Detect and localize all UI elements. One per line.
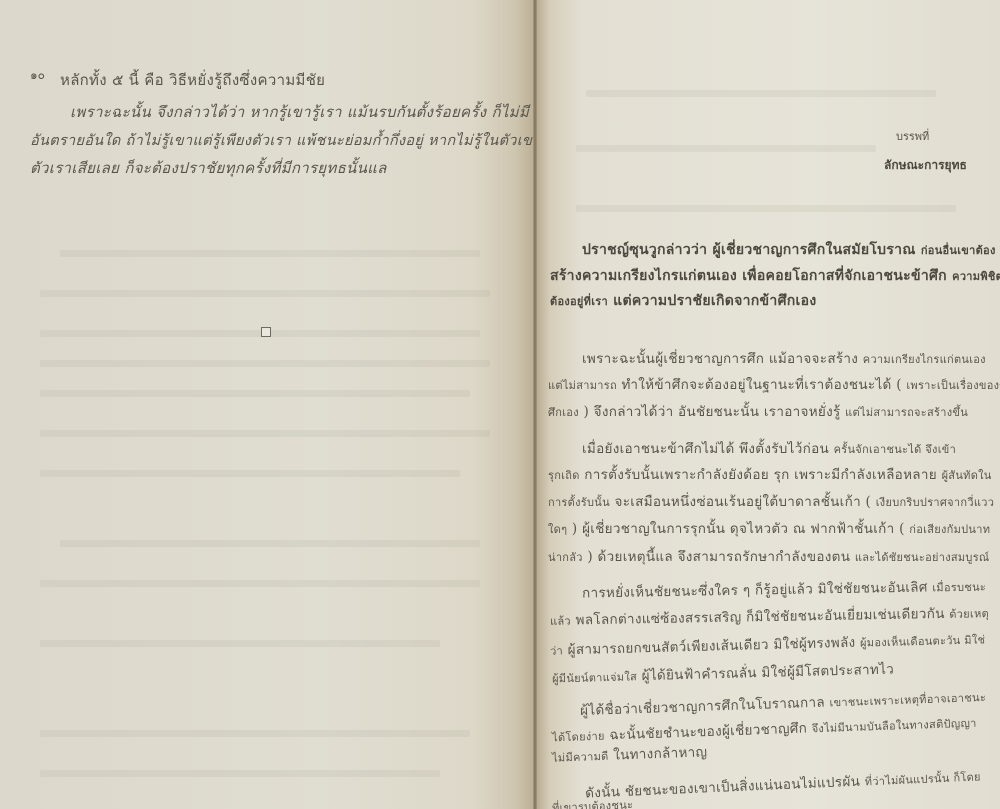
text-aside: เงียบกริบปราศจากวี่แวว bbox=[876, 496, 994, 509]
text-line: ) ด้วยเหตุนี้แล จึงสามารถรักษากำลังของตน bbox=[587, 549, 850, 565]
text-aside: ได้โดยง่าย bbox=[552, 730, 605, 745]
text-line: การหยั่งเห็นชัยชนะซึ่งใคร ๆ ก็รู้อยู่แล้… bbox=[582, 579, 928, 601]
text-line: จะเสมือนหนึ่งซ่อนเร้นอยู่ใต้บาดาลชั้นเก้… bbox=[614, 494, 871, 510]
text-aside: ว่า bbox=[550, 644, 563, 657]
text-line: ) จึงกล่าวได้ว่า อันชัยชนะนั้น เราอาจหยั… bbox=[583, 404, 840, 420]
text-aside: ใดๆ bbox=[548, 523, 567, 536]
text-aside: ความพิชิต bbox=[952, 270, 1000, 283]
text-aside: ครั้นจักเอาชนะได้ จึงเข้า bbox=[834, 443, 956, 456]
page-number: ๑๐ bbox=[30, 66, 45, 85]
text-aside: ความเกรียงไกรแก่ตนเอง bbox=[863, 353, 986, 366]
chapter-title: ลักษณะการยุทธ bbox=[884, 156, 967, 175]
text-aside: น่ากลัว bbox=[548, 551, 583, 564]
text-line: ในทางกล้าหาญ bbox=[613, 744, 708, 763]
book-gutter bbox=[533, 0, 537, 809]
text-line: หลักทั้ง ๕ นี้ คือ วิธีหยั่งรู้ถึงซึ่งคว… bbox=[60, 68, 325, 92]
text-aside: แล้ว bbox=[550, 614, 571, 627]
text-aside: ไม่มีความดี bbox=[552, 750, 609, 765]
text-aside: รุกเถิด bbox=[548, 469, 580, 482]
text-line: แต่ความปราชัยเกิดจากข้าศึกเอง bbox=[613, 293, 816, 309]
text-line: การตั้งรับนั้นเพราะกำลังยังด้อย รุก เพรา… bbox=[584, 467, 937, 483]
text-aside: แต่ไม่สามารถจะสร้างขึ้น bbox=[845, 406, 968, 419]
text-aside: เขาชนะเพราะเหตุที่อาจเอาชนะ bbox=[829, 691, 986, 709]
text-aside: จึงไม่มีนามบันลือในทางสติปัญญา bbox=[811, 717, 976, 736]
text-aside: ผู้มองเห็นเดือนตะวัน มิใช่ bbox=[860, 633, 986, 649]
chapter-label: บรรพที่ bbox=[896, 127, 929, 145]
text-aside: ผู้มีนัยน์ตาแจ่มใส bbox=[552, 670, 637, 685]
text-line: ตัวเราเสียเลย ก็จะต้องปราชัยทุกครั้งที่ม… bbox=[30, 156, 387, 180]
left-page: ๑๐ หลักทั้ง ๕ นี้ คือ วิธีหยั่งรู้ถึงซึ่… bbox=[0, 0, 536, 809]
text-aside: แต่ไม่สามารถ bbox=[548, 379, 617, 392]
text-line: เมื่อยังเอาชนะข้าศึกไม่ได้ พึงตั้งรับไว้… bbox=[582, 441, 829, 457]
text-aside: เพราะเป็นเรื่องของข้า bbox=[906, 379, 1000, 392]
text-aside: ก่อเสียงกัมปนาท bbox=[909, 523, 990, 536]
text-line: อันตรายอันใด ถ้าไม่รู้เขาแต่รู้เพียงตัวเ… bbox=[30, 129, 536, 152]
text-aside: ผู้สันทัดใน bbox=[942, 469, 992, 482]
text-aside: เมื่อรบชนะ bbox=[932, 580, 986, 594]
text-aside: ก่อนอื่นเขาต้อง bbox=[921, 244, 996, 257]
text-line: ทำให้ข้าศึกจะต้องอยู่ในฐานะที่เราต้องชนะ… bbox=[622, 377, 902, 393]
text-aside: ด้วยเหตุ bbox=[949, 607, 989, 621]
text-line: ) ผู้เชี่ยวชาญในการรุกนั้น ดุจไหวตัว ณ ฟ… bbox=[572, 521, 905, 537]
text-line: ปราชญ์ซุนวูกล่าวว่า ผู้เชี่ยวชาญการศึกใน… bbox=[582, 242, 916, 258]
text-aside: ที่เขารบต้องชนะ bbox=[552, 798, 634, 809]
text-aside: ต้องอยู่ที่เรา bbox=[550, 295, 608, 308]
text-aside: ที่ว่าไม่ผันแปรนั้น ก็โดย bbox=[864, 770, 981, 788]
text-aside: และได้ชัยชนะอย่างสมบูรณ์ bbox=[855, 551, 990, 564]
text-line: เพราะฉะนั้น จึงกล่าวได้ว่า หากรู้เขารู้เ… bbox=[70, 100, 529, 124]
text-line: เพราะฉะนั้นผู้เชี่ยวชาญการศึก แม้อาจจะสร… bbox=[582, 351, 858, 367]
text-line: สร้างความเกรียงไกรแก่ตนเอง เพื่อคอยโอกาส… bbox=[550, 268, 947, 284]
text-aside: ศึกเอง bbox=[548, 406, 579, 419]
text-aside: การตั้งรับนั้น bbox=[548, 496, 610, 509]
square-marker-icon bbox=[261, 327, 271, 337]
